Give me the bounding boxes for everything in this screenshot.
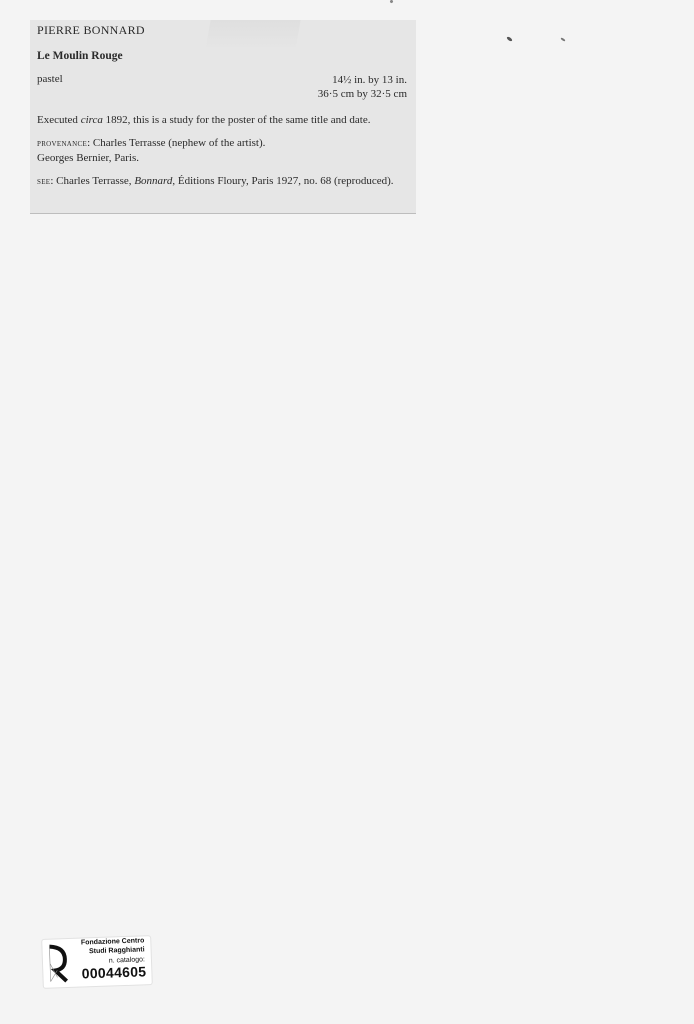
- dust-speck: [506, 36, 513, 42]
- see-text-end: , Éditions Floury, Paris 1927, no. 68 (r…: [172, 175, 393, 187]
- description-text-end: 1892, this is a study for the poster of …: [103, 114, 371, 126]
- dust-speck: [560, 37, 565, 42]
- description: Executed circa 1892, this is a study for…: [37, 113, 407, 127]
- description-italic: circa: [81, 114, 103, 126]
- artist-name: PIERRE BONNARD: [37, 23, 407, 38]
- catalog-number: 00044605: [81, 963, 146, 981]
- ragghianti-r-logo-icon: [46, 943, 69, 984]
- medium: pastel: [37, 73, 63, 101]
- medium-dimensions-row: pastel 14½ in. by 13 in. 36·5 cm by 32·5…: [37, 73, 407, 101]
- dimensions-inches: 14½ in. by 13 in.: [318, 73, 407, 87]
- institution-name-line2: Studi Ragghianti: [89, 946, 145, 955]
- dust-speck: [389, 0, 393, 4]
- catalogue-entry-card: PIERRE BONNARD Le Moulin Rouge pastel 14…: [30, 20, 416, 214]
- provenance-label: Provenance: [37, 138, 87, 149]
- provenance-line-2: Georges Bernier, Paris.: [37, 152, 139, 164]
- institution-name-line1: Fondazione Centro: [81, 937, 145, 946]
- archive-catalog-label: Fondazione Centro Studi Ragghianti n. ca…: [41, 935, 153, 989]
- literature-reference: See: Charles Terrasse, Bonnard, Éditions…: [37, 174, 407, 189]
- see-italic-title: Bonnard: [134, 175, 172, 187]
- description-text: Executed: [37, 114, 81, 126]
- dimensions-cm: 36·5 cm by 32·5 cm: [318, 87, 407, 101]
- see-text: : Charles Terrasse,: [50, 175, 134, 187]
- dimensions: 14½ in. by 13 in. 36·5 cm by 32·5 cm: [318, 73, 407, 101]
- provenance-line-1: : Charles Terrasse (nephew of the artist…: [87, 137, 265, 149]
- artwork-title: Le Moulin Rouge: [37, 50, 407, 62]
- provenance: Provenance: Charles Terrasse (nephew of …: [37, 136, 407, 165]
- see-label: See: [37, 176, 50, 187]
